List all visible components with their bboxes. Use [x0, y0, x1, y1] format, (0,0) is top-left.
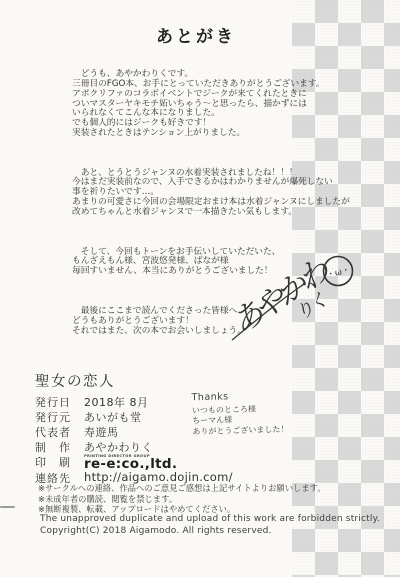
book-title: 聖女の恋人	[35, 370, 115, 391]
footer-notes: ※サークルへの連絡、作品へのご意見ご感想は上記サイトよりお願いします。 ※未成年…	[38, 483, 326, 515]
afterword-page: あとがき どうも、あやかわりくです。 三冊目のFGO本、お手にとっていただきあり…	[0, 0, 400, 577]
afterword-paragraph-1: どうも、あやかわりくです。 三冊目のFGO本、お手にとっていただきありがとうござ…	[72, 70, 350, 138]
afterword-paragraph-2: あと、とうとうジャンヌの水着実装されましたね！！！ 今はまだ実装前なので、入手で…	[72, 169, 350, 218]
printer-logo-group-text: PRINTING DIRECTOR GROUP	[84, 453, 150, 457]
contact-url: http://aigamo.dojin.com/	[84, 470, 233, 484]
colophon-label: 印 刷	[35, 454, 83, 470]
thanks-heading: Thanks	[191, 391, 287, 404]
colophon-label: 発行日	[35, 394, 83, 410]
colophon-label: 制 作	[35, 439, 83, 455]
footer-copyright: Copyright(C) 2018 Aigamodo. All rights r…	[40, 526, 380, 538]
footer-english-warning: The unapproved duplicate and upload of t…	[40, 514, 380, 526]
signature-face-icon: ・ω・	[326, 265, 352, 281]
colophon-value: あいがも堂	[84, 409, 142, 425]
colophon-label: 発行元	[35, 409, 83, 425]
colophon-row-printer: 印 刷 PRINTING DIRECTOR GROUP re-e:co.,ltd…	[35, 454, 233, 470]
colophon-value: 寿遊馬	[84, 424, 119, 440]
thanks-names: いつものところ様 ちーマん様 ありがとうございました！	[192, 403, 289, 437]
thanks-note: Thanks いつものところ様 ちーマん様 ありがとうございました！	[191, 391, 288, 437]
scan-artifact-dash	[0, 506, 15, 508]
author-signature: あやかわ りく ・ω・	[226, 244, 376, 352]
colophon-label: 代表者	[35, 424, 83, 440]
printer-logo: PRINTING DIRECTOR GROUP re-e:co.,ltd.	[84, 451, 190, 472]
signature-drawing: あやかわ りく ・ω・	[226, 244, 376, 352]
colophon-value: 2018年 8月	[84, 394, 149, 410]
footer-english: The unapproved duplicate and upload of t…	[40, 514, 380, 538]
page-title: あとがき	[0, 22, 392, 47]
